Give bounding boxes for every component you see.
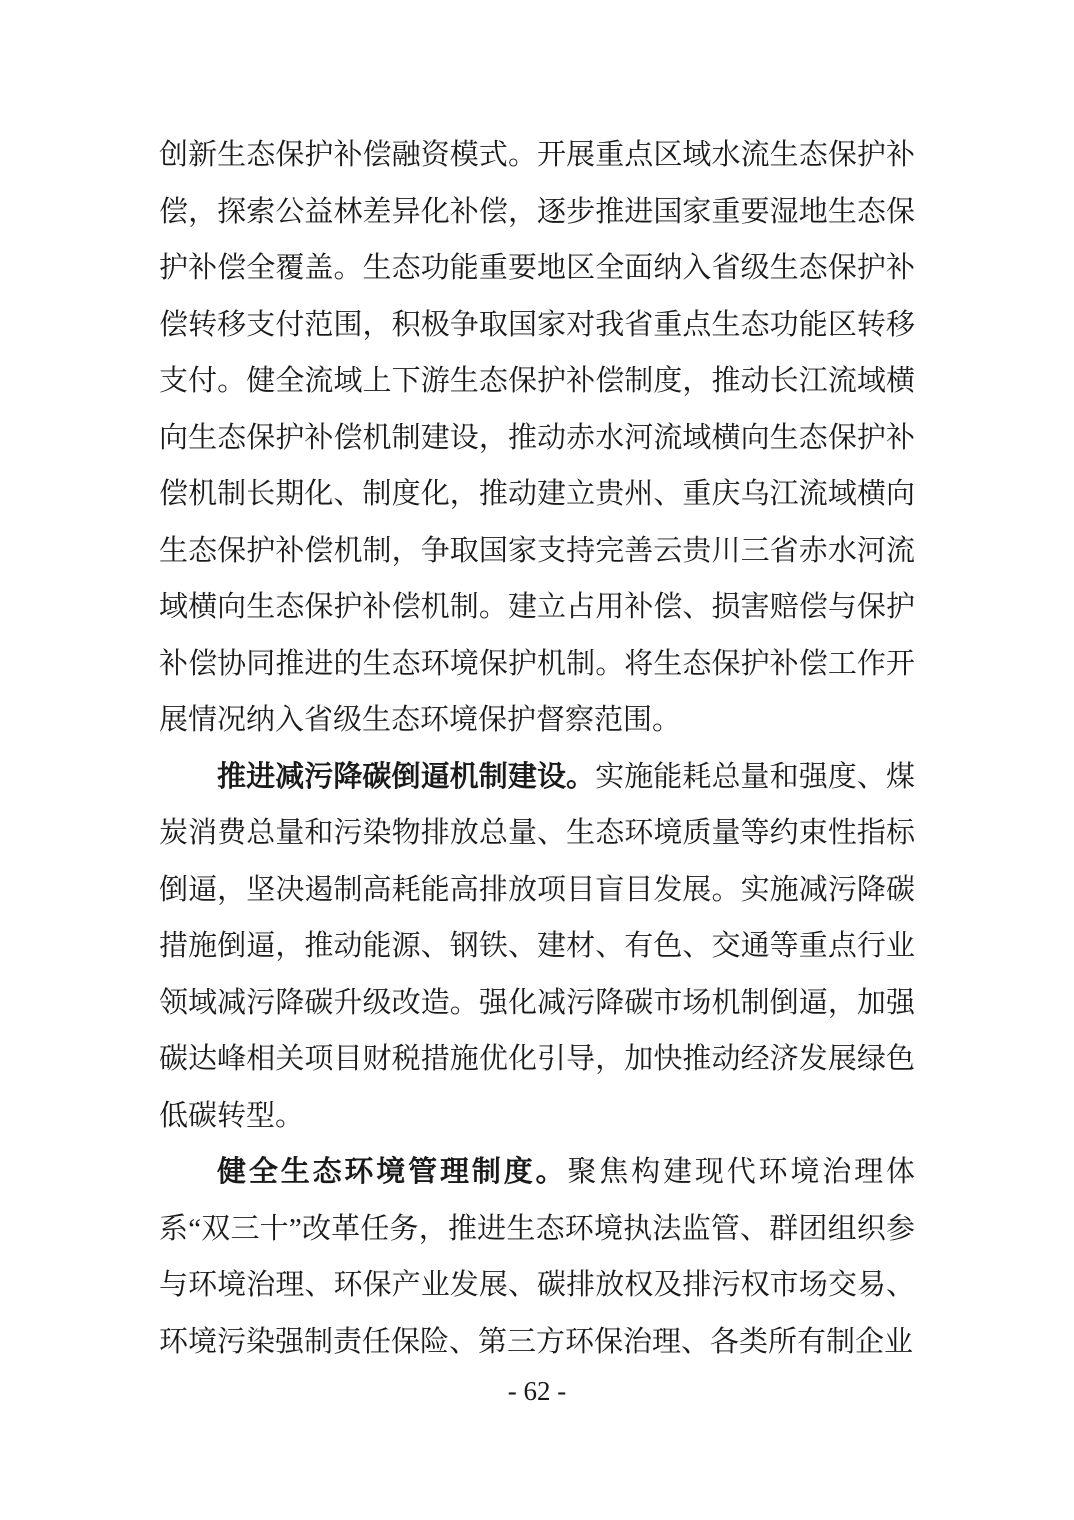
paragraph-lead: 推进减污降碳倒逼机制建设。	[217, 761, 595, 793]
paragraph: 推进减污降碳倒逼机制建设。实施能耗总量和强度、煤炭消费总量和污染物排放总量、生态…	[159, 749, 915, 1145]
document-body: 创新生态保护补偿融资模式。开展重点区域水流生态保护补偿，探索公益林差异化补偿，逐…	[159, 127, 915, 1370]
page-number: - 62 -	[0, 1376, 1074, 1406]
document-page: 创新生态保护补偿融资模式。开展重点区域水流生态保护补偿，探索公益林差异化补偿，逐…	[0, 0, 1074, 1520]
paragraph-lead: 健全生态环境管理制度。	[217, 1156, 567, 1188]
paragraph: 健全生态环境管理制度。聚焦构建现代环境治理体系“双三十”改革任务，推进生态环境执…	[159, 1144, 915, 1370]
paragraph-text: 实施能耗总量和强度、煤炭消费总量和污染物排放总量、生态环境质量等约束性指标倒逼，…	[159, 761, 915, 1132]
paragraph-text: 创新生态保护补偿融资模式。开展重点区域水流生态保护补偿，探索公益林差异化补偿，逐…	[159, 139, 915, 736]
paragraph: 创新生态保护补偿融资模式。开展重点区域水流生态保护补偿，探索公益林差异化补偿，逐…	[159, 127, 915, 749]
